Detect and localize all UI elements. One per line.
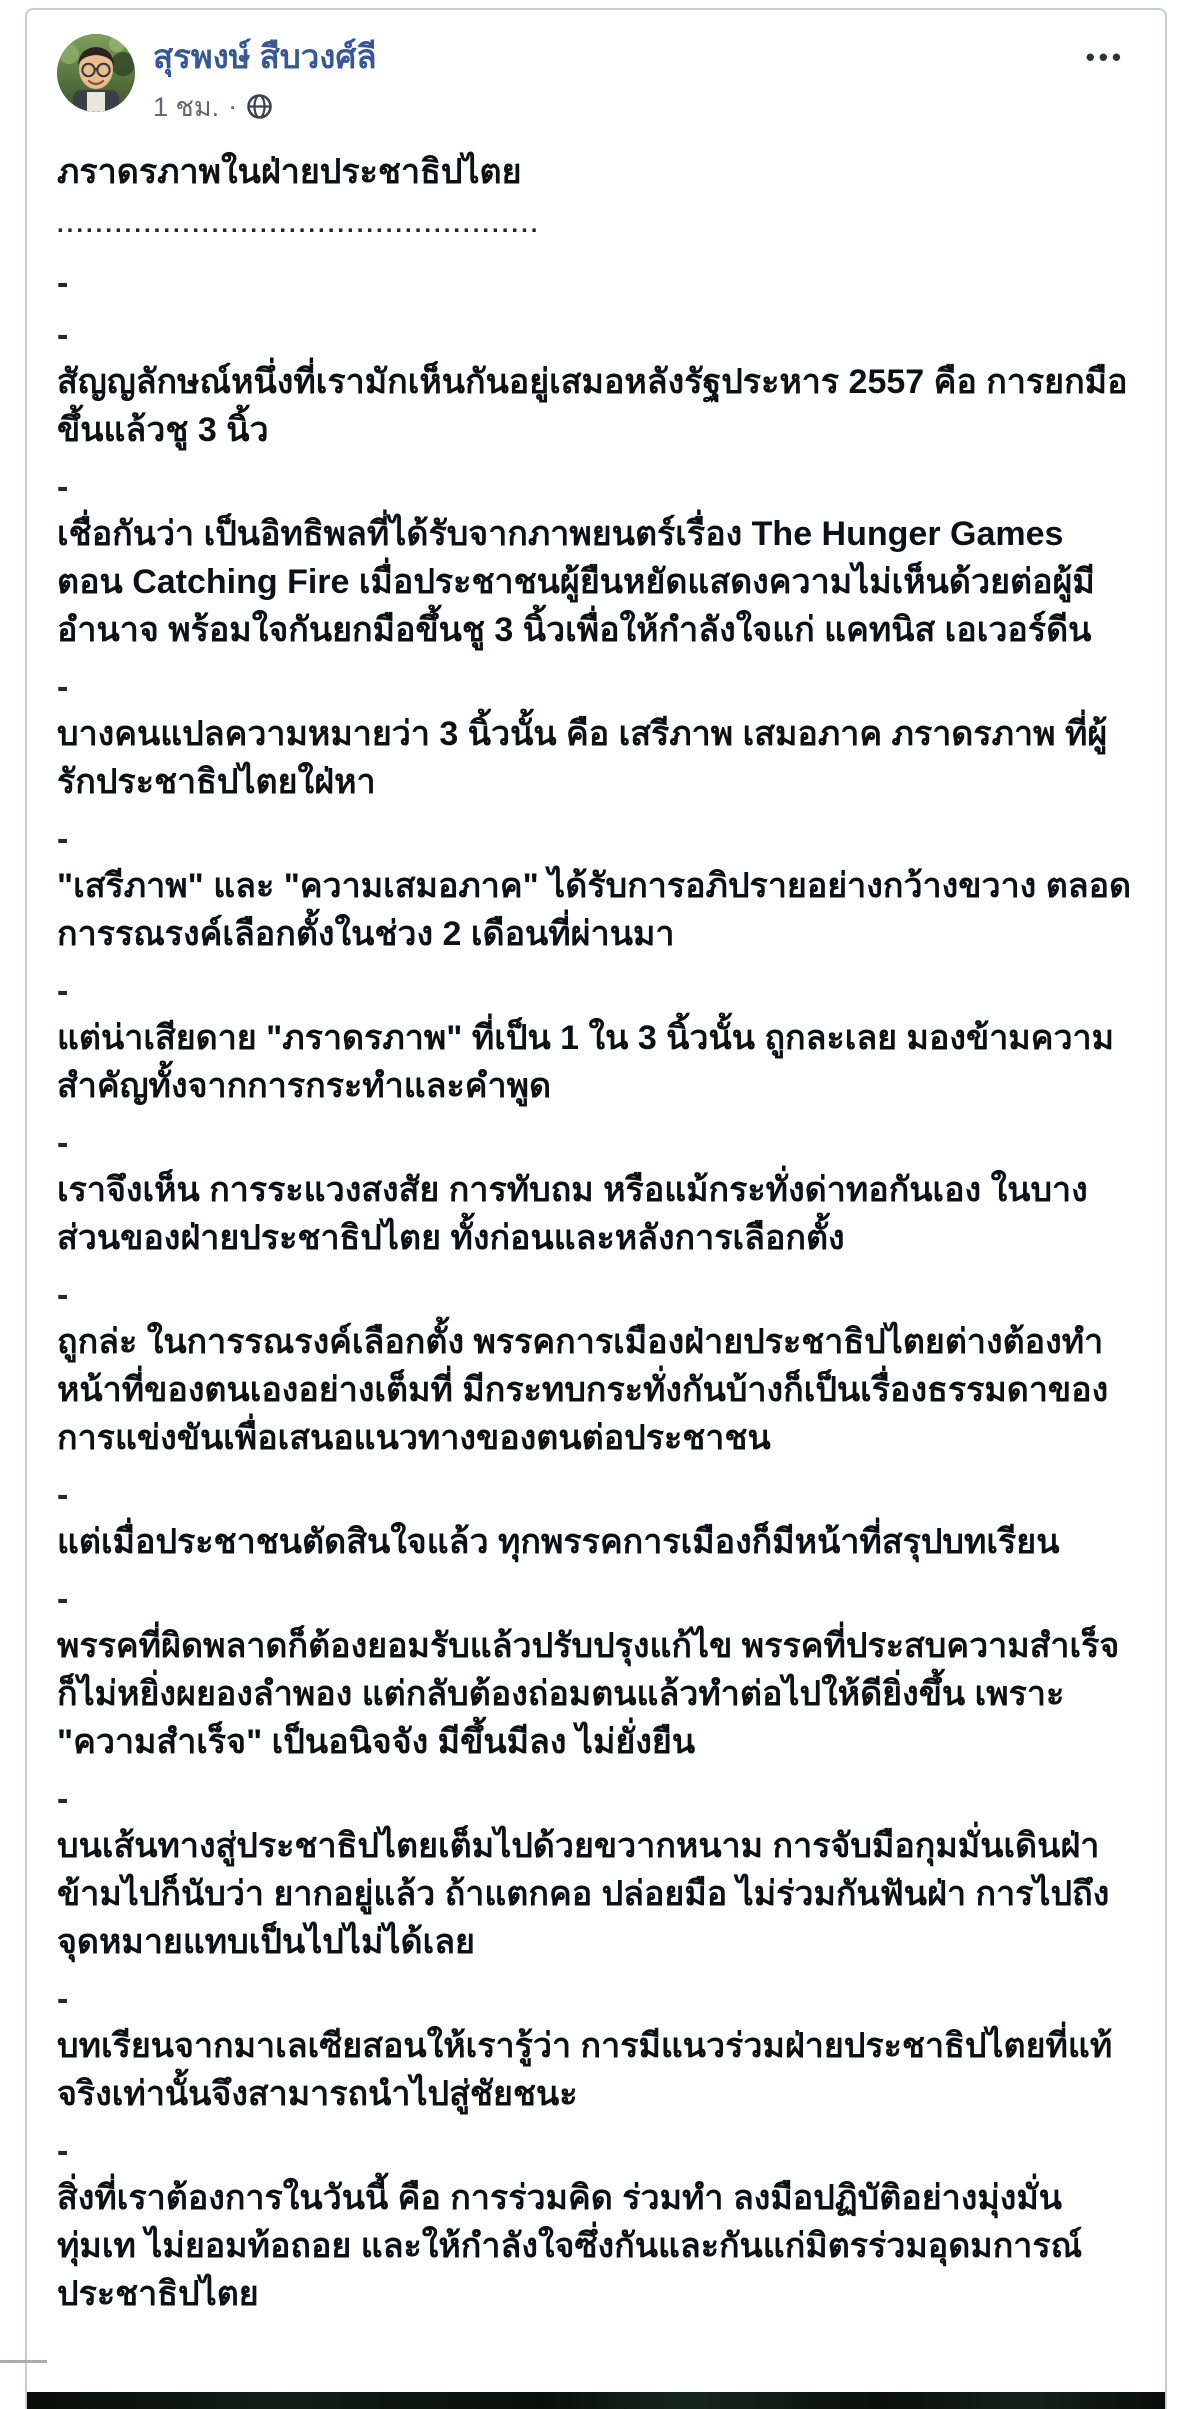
- dash-separator: -: [57, 1124, 1135, 1162]
- dash-separator: -: [57, 316, 1135, 354]
- post-content: ภราดรภาพในฝ่ายประชาธิปไตย...............…: [27, 134, 1165, 2318]
- timestamp[interactable]: 1 ชม.: [153, 85, 219, 128]
- post-paragraph: บทเรียนจากมาเลเซียสอนให้เรารู้ว่า การมีแ…: [57, 2022, 1135, 2118]
- dash-separator: -: [57, 2132, 1135, 2170]
- globe-icon: [246, 93, 273, 120]
- dash-separator: -: [57, 468, 1135, 506]
- dash-separator: -: [57, 1780, 1135, 1818]
- dash-separator: -: [57, 972, 1135, 1010]
- profile-photo-image: [57, 34, 135, 112]
- post-paragraph: "เสรีภาพ" และ "ความเสมอภาค" ได้รับการอภิ…: [57, 862, 1135, 958]
- dash-separator: -: [57, 264, 1135, 302]
- dash-separator: -: [57, 668, 1135, 706]
- post-paragraph: เราจึงเห็น การระแวงสงสัย การทับถม หรือแม…: [57, 1166, 1135, 1262]
- post-paragraph: สัญญลักษณ์หนึ่งที่เรามักเห็นกันอยู่เสมอห…: [57, 358, 1135, 454]
- header-meta: สุรพงษ์ สืบวงศ์ลี 1 ชม. ·: [153, 34, 377, 128]
- dash-separator: -: [57, 820, 1135, 858]
- post-meta-row: 1 ชม. ·: [153, 85, 377, 128]
- post-paragraph: บนเส้นทางสู่ประชาธิปไตยเต็มไปด้วยขวากหนา…: [57, 1822, 1135, 1966]
- facebook-post-card: สุรพงษ์ สืบวงศ์ลี 1 ชม. · ••• ภราดรภาพใน…: [25, 8, 1167, 2409]
- dotted-separator: ........................................…: [57, 200, 1135, 250]
- post-header: สุรพงษ์ สืบวงศ์ลี 1 ชม. · •••: [27, 10, 1165, 134]
- post-paragraph: พรรคที่ผิดพลาดก็ต้องยอมรับแล้วปรับปรุงแก…: [57, 1622, 1135, 1766]
- post-paragraph: สิ่งที่เราต้องการในวันนี้ คือ การร่วมคิด…: [57, 2174, 1135, 2318]
- avatar[interactable]: [57, 34, 135, 112]
- post-paragraph: แต่เมื่อประชาชนตัดสินใจแล้ว ทุกพรรคการเม…: [57, 1518, 1135, 1566]
- post-paragraph: ถูกล่ะ ในการรณรงค์เลือกตั้ง พรรคการเมือง…: [57, 1318, 1135, 1462]
- author-name[interactable]: สุรพงษ์ สืบวงศ์ลี: [153, 37, 377, 77]
- dash-separator: -: [57, 1476, 1135, 1514]
- attached-image-top-edge[interactable]: [27, 2392, 1165, 2409]
- dash-separator: -: [57, 1580, 1135, 1618]
- post-paragraph: เชื่อกันว่า เป็นอิทธิพลที่ได้รับจากภาพยน…: [57, 510, 1135, 654]
- dash-separator: -: [57, 1276, 1135, 1314]
- dash-separator: -: [57, 1980, 1135, 2018]
- post-title: ภราดรภาพในฝ่ายประชาธิปไตย: [57, 148, 1135, 196]
- ellipsis-icon[interactable]: •••: [1086, 44, 1125, 70]
- screenshot-artifact-line: [0, 2360, 47, 2363]
- post-paragraph: บางคนแปลความหมายว่า 3 นิ้วนั้น คือ เสรีภ…: [57, 710, 1135, 806]
- post-paragraph: แต่น่าเสียดาย "ภราดรภาพ" ที่เป็น 1 ใน 3 …: [57, 1014, 1135, 1110]
- dot-separator: ·: [228, 91, 237, 122]
